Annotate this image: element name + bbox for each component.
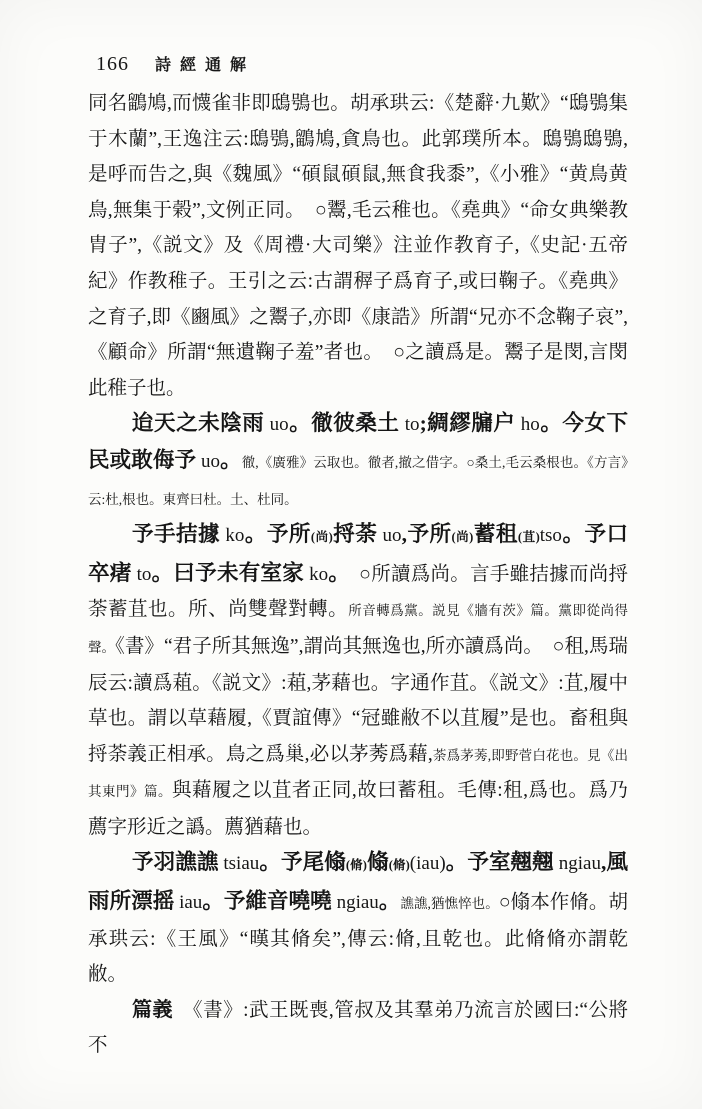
- text-block: 同名鶹鳩,而懱雀非即鴟鴞也。胡承珙云:《楚辭·九歎》“鴟鴞集于木蘭”,王逸注云:…: [88, 86, 628, 1064]
- text-run-roman: uo: [377, 525, 401, 546]
- text-run-roman: ngiau: [332, 892, 379, 913]
- text-run-verse: 蓄租: [473, 522, 518, 546]
- text-run-verse: 。予尾翛: [259, 850, 346, 874]
- text-run-roman: tso: [540, 525, 562, 546]
- text-run-verse: 迨天之未陰雨: [132, 411, 264, 435]
- text-run-verse: 予羽譙譙: [132, 850, 219, 874]
- text-run-roman: (iau): [410, 853, 446, 874]
- text-run-verse: 捋荼: [333, 522, 378, 546]
- page-header: 166 詩經通解: [96, 52, 255, 76]
- text-run-verse: 翛: [367, 850, 389, 874]
- text-run-roman: ho: [515, 414, 539, 435]
- para-pianyi: 篇義 《書》:武王既喪,管叔及其羣弟乃流言於國曰:“公將不: [88, 993, 628, 1064]
- text-run-roman: iau: [174, 892, 202, 913]
- para-verse-stanza-2: 迨天之未陰雨 uo。徹彼桑土 to;綢繆牖户 ho。今女下民或敢侮予 uo。徹,…: [88, 406, 628, 517]
- para-commentary-chixiao: 同名鶹鳩,而懱雀非即鴟鴞也。胡承珙云:《楚辭·九歎》“鴟鴞集于木蘭”,王逸注云:…: [88, 86, 628, 406]
- para-verse-stanza-3: 予手拮據 ko。予所(尚)捋荼 uo,予所(尚)蓄租(苴)tso。予口卒瘏 to…: [88, 517, 628, 845]
- text-run-roman: ko: [304, 564, 328, 585]
- text-run-verse: 。予所: [244, 522, 311, 546]
- text-run-roman: to: [132, 564, 152, 585]
- text-run-verse: 予手拮據: [132, 522, 220, 546]
- text-run-verse: 。予維音嘵嘵: [202, 889, 331, 913]
- text-run-label: 篇義: [132, 999, 173, 1021]
- text-run-paren: (尚): [311, 530, 333, 544]
- text-run-verse: 。: [220, 448, 242, 472]
- text-run-normal: 《書》“君子所其無逸”,謂尚其無逸也,所亦讀爲尚。 ○租,馬瑞辰云:讀爲蒩。《説…: [88, 636, 628, 765]
- text-run-verse: ,予所: [402, 522, 452, 546]
- text-run-verse: 。予室翹翹: [446, 850, 554, 874]
- text-run-verse: 。曰予未有室家: [151, 561, 304, 585]
- page-number: 166: [96, 53, 129, 76]
- text-run-roman-b: ngiau: [554, 853, 601, 874]
- text-run-paren: (苴): [518, 530, 540, 544]
- text-run-verse: 。徹彼桑土: [289, 411, 400, 435]
- text-run-paren: (尚): [451, 530, 473, 544]
- text-run-verse: ;綢繆牖户: [420, 411, 516, 435]
- book-title: 詩經通解: [155, 52, 255, 75]
- text-run-normal: 同名鶹鳩,而懱雀非即鴟鴞也。胡承珙云:《楚辭·九歎》“鴟鴞集于木蘭”,王逸注云:…: [88, 93, 628, 399]
- book-page: 166 詩經通解 同名鶹鳩,而懱雀非即鴟鴞也。胡承珙云:《楚辭·九歎》“鴟鴞集于…: [0, 0, 702, 1109]
- text-run-paren: (脩): [389, 858, 410, 872]
- text-run-roman: tsiau: [219, 853, 260, 874]
- para-verse-stanza-4: 予羽譙譙 tsiau。予尾翛(脩)翛(脩)(iau)。予室翹翹 ngiau,風雨…: [88, 845, 628, 992]
- text-run-roman: to: [399, 414, 419, 435]
- text-run-verse: 。: [379, 889, 401, 913]
- text-run-roman: ko: [220, 525, 244, 546]
- text-run-roman: uo: [196, 451, 220, 472]
- text-run-small: 譙譙,猶憔悴也。: [400, 896, 498, 911]
- text-run-paren: (脩): [346, 858, 367, 872]
- text-run-verse: 。: [328, 561, 339, 585]
- text-run-roman: uo: [264, 414, 288, 435]
